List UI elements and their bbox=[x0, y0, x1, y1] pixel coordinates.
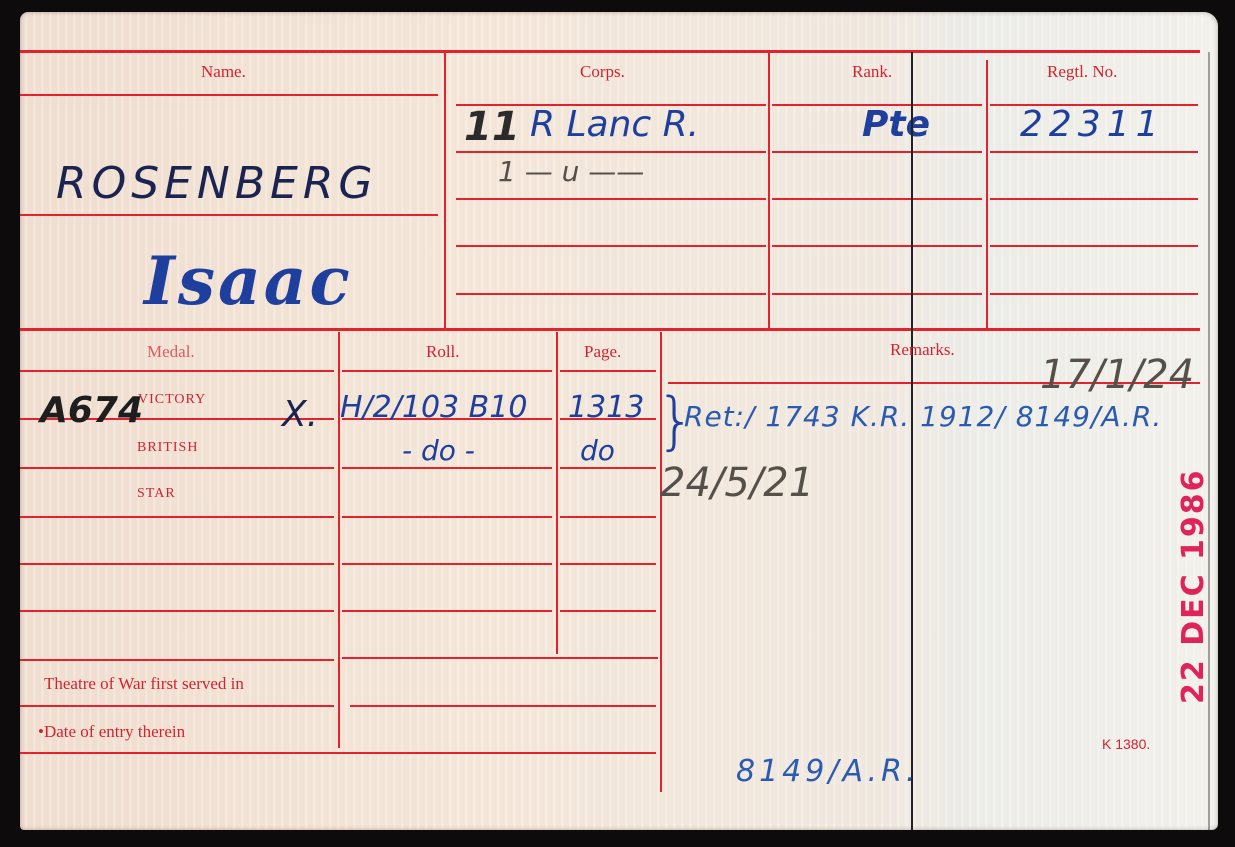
issue-mark: X. bbox=[282, 394, 318, 435]
page-entry-1: 1313 bbox=[568, 390, 644, 425]
rule bbox=[560, 370, 656, 372]
rule bbox=[20, 610, 334, 612]
remarks-entry: Ret:/ 1743 K.R. 1912/ 8149/A.R. bbox=[684, 400, 1162, 433]
label-regtl-no: Regtl. No. bbox=[1047, 62, 1117, 82]
rule bbox=[20, 563, 334, 565]
form-code: K 1380. bbox=[1102, 736, 1150, 752]
rule bbox=[342, 610, 552, 612]
column-divider bbox=[986, 60, 988, 328]
rule bbox=[990, 245, 1198, 247]
page-entry-2: do bbox=[580, 434, 615, 467]
label-theatre-of-war: Theatre of War first served in bbox=[44, 674, 244, 694]
label-remarks: Remarks. bbox=[890, 340, 955, 360]
rule bbox=[456, 293, 766, 295]
rule bbox=[560, 516, 656, 518]
rule bbox=[560, 563, 656, 565]
corps-battalion-entry: 11 bbox=[464, 104, 520, 150]
rule bbox=[772, 245, 982, 247]
rule bbox=[20, 516, 334, 518]
corps-pencil-entry: 1 — u —— bbox=[498, 155, 644, 188]
roll-entry-1: H/2/103 B10 bbox=[340, 390, 527, 425]
surname-entry: ROSENBERG bbox=[56, 158, 378, 209]
label-victory: VICTORY bbox=[138, 392, 206, 408]
rule bbox=[20, 467, 334, 469]
rule bbox=[456, 198, 766, 200]
label-british: BRITISH bbox=[137, 440, 198, 456]
bottom-note: 8149/A.R. bbox=[736, 754, 919, 789]
rule bbox=[20, 94, 438, 96]
rule bbox=[772, 293, 982, 295]
rule bbox=[342, 467, 552, 469]
label-star: STAR bbox=[137, 486, 176, 502]
rule bbox=[20, 752, 656, 754]
label-rank: Rank. bbox=[852, 62, 892, 82]
regtl-no-entry: 22311 bbox=[1020, 104, 1165, 145]
medal-card: Name. Corps. Rank. Regtl. No. ROSENBERG … bbox=[20, 12, 1218, 830]
rule bbox=[350, 705, 656, 707]
top-rule bbox=[20, 50, 1200, 53]
rule bbox=[456, 151, 766, 153]
fold-line bbox=[911, 52, 913, 830]
label-roll: Roll. bbox=[426, 342, 460, 362]
label-date-of-entry: •Date of entry therein bbox=[38, 722, 185, 742]
forename-entry: Isaac bbox=[144, 242, 353, 320]
rule bbox=[20, 214, 438, 216]
rule bbox=[560, 467, 656, 469]
fold-line bbox=[1208, 52, 1210, 830]
pencil-date-1: 24/5/21 bbox=[660, 460, 814, 506]
rule bbox=[20, 659, 334, 661]
roll-entry-2: - do - bbox=[402, 434, 475, 467]
rule bbox=[560, 610, 656, 612]
label-name: Name. bbox=[201, 62, 246, 82]
label-corps: Corps. bbox=[580, 62, 625, 82]
rule bbox=[990, 293, 1198, 295]
rule bbox=[772, 198, 982, 200]
rule bbox=[990, 151, 1198, 153]
label-medal: Medal. bbox=[147, 342, 195, 362]
rank-entry: Pte bbox=[862, 104, 930, 145]
section-divider-rule bbox=[20, 328, 1200, 331]
rule bbox=[20, 370, 334, 372]
rule bbox=[990, 198, 1198, 200]
rule bbox=[772, 151, 982, 153]
column-divider bbox=[444, 52, 446, 328]
rule bbox=[20, 705, 334, 707]
date-stamp: 22 DEC 1986 bbox=[1176, 468, 1211, 704]
rule bbox=[342, 516, 552, 518]
rule bbox=[456, 245, 766, 247]
column-divider bbox=[556, 332, 558, 654]
rule bbox=[342, 563, 552, 565]
column-divider bbox=[768, 52, 770, 328]
corps-entry: R Lanc R. bbox=[530, 104, 699, 145]
pencil-date-2: 17/1/24 bbox=[1040, 352, 1194, 398]
medal-ref-annotation: A674 bbox=[40, 390, 143, 431]
label-page: Page. bbox=[584, 342, 621, 362]
rule bbox=[342, 370, 552, 372]
rule bbox=[342, 657, 658, 659]
